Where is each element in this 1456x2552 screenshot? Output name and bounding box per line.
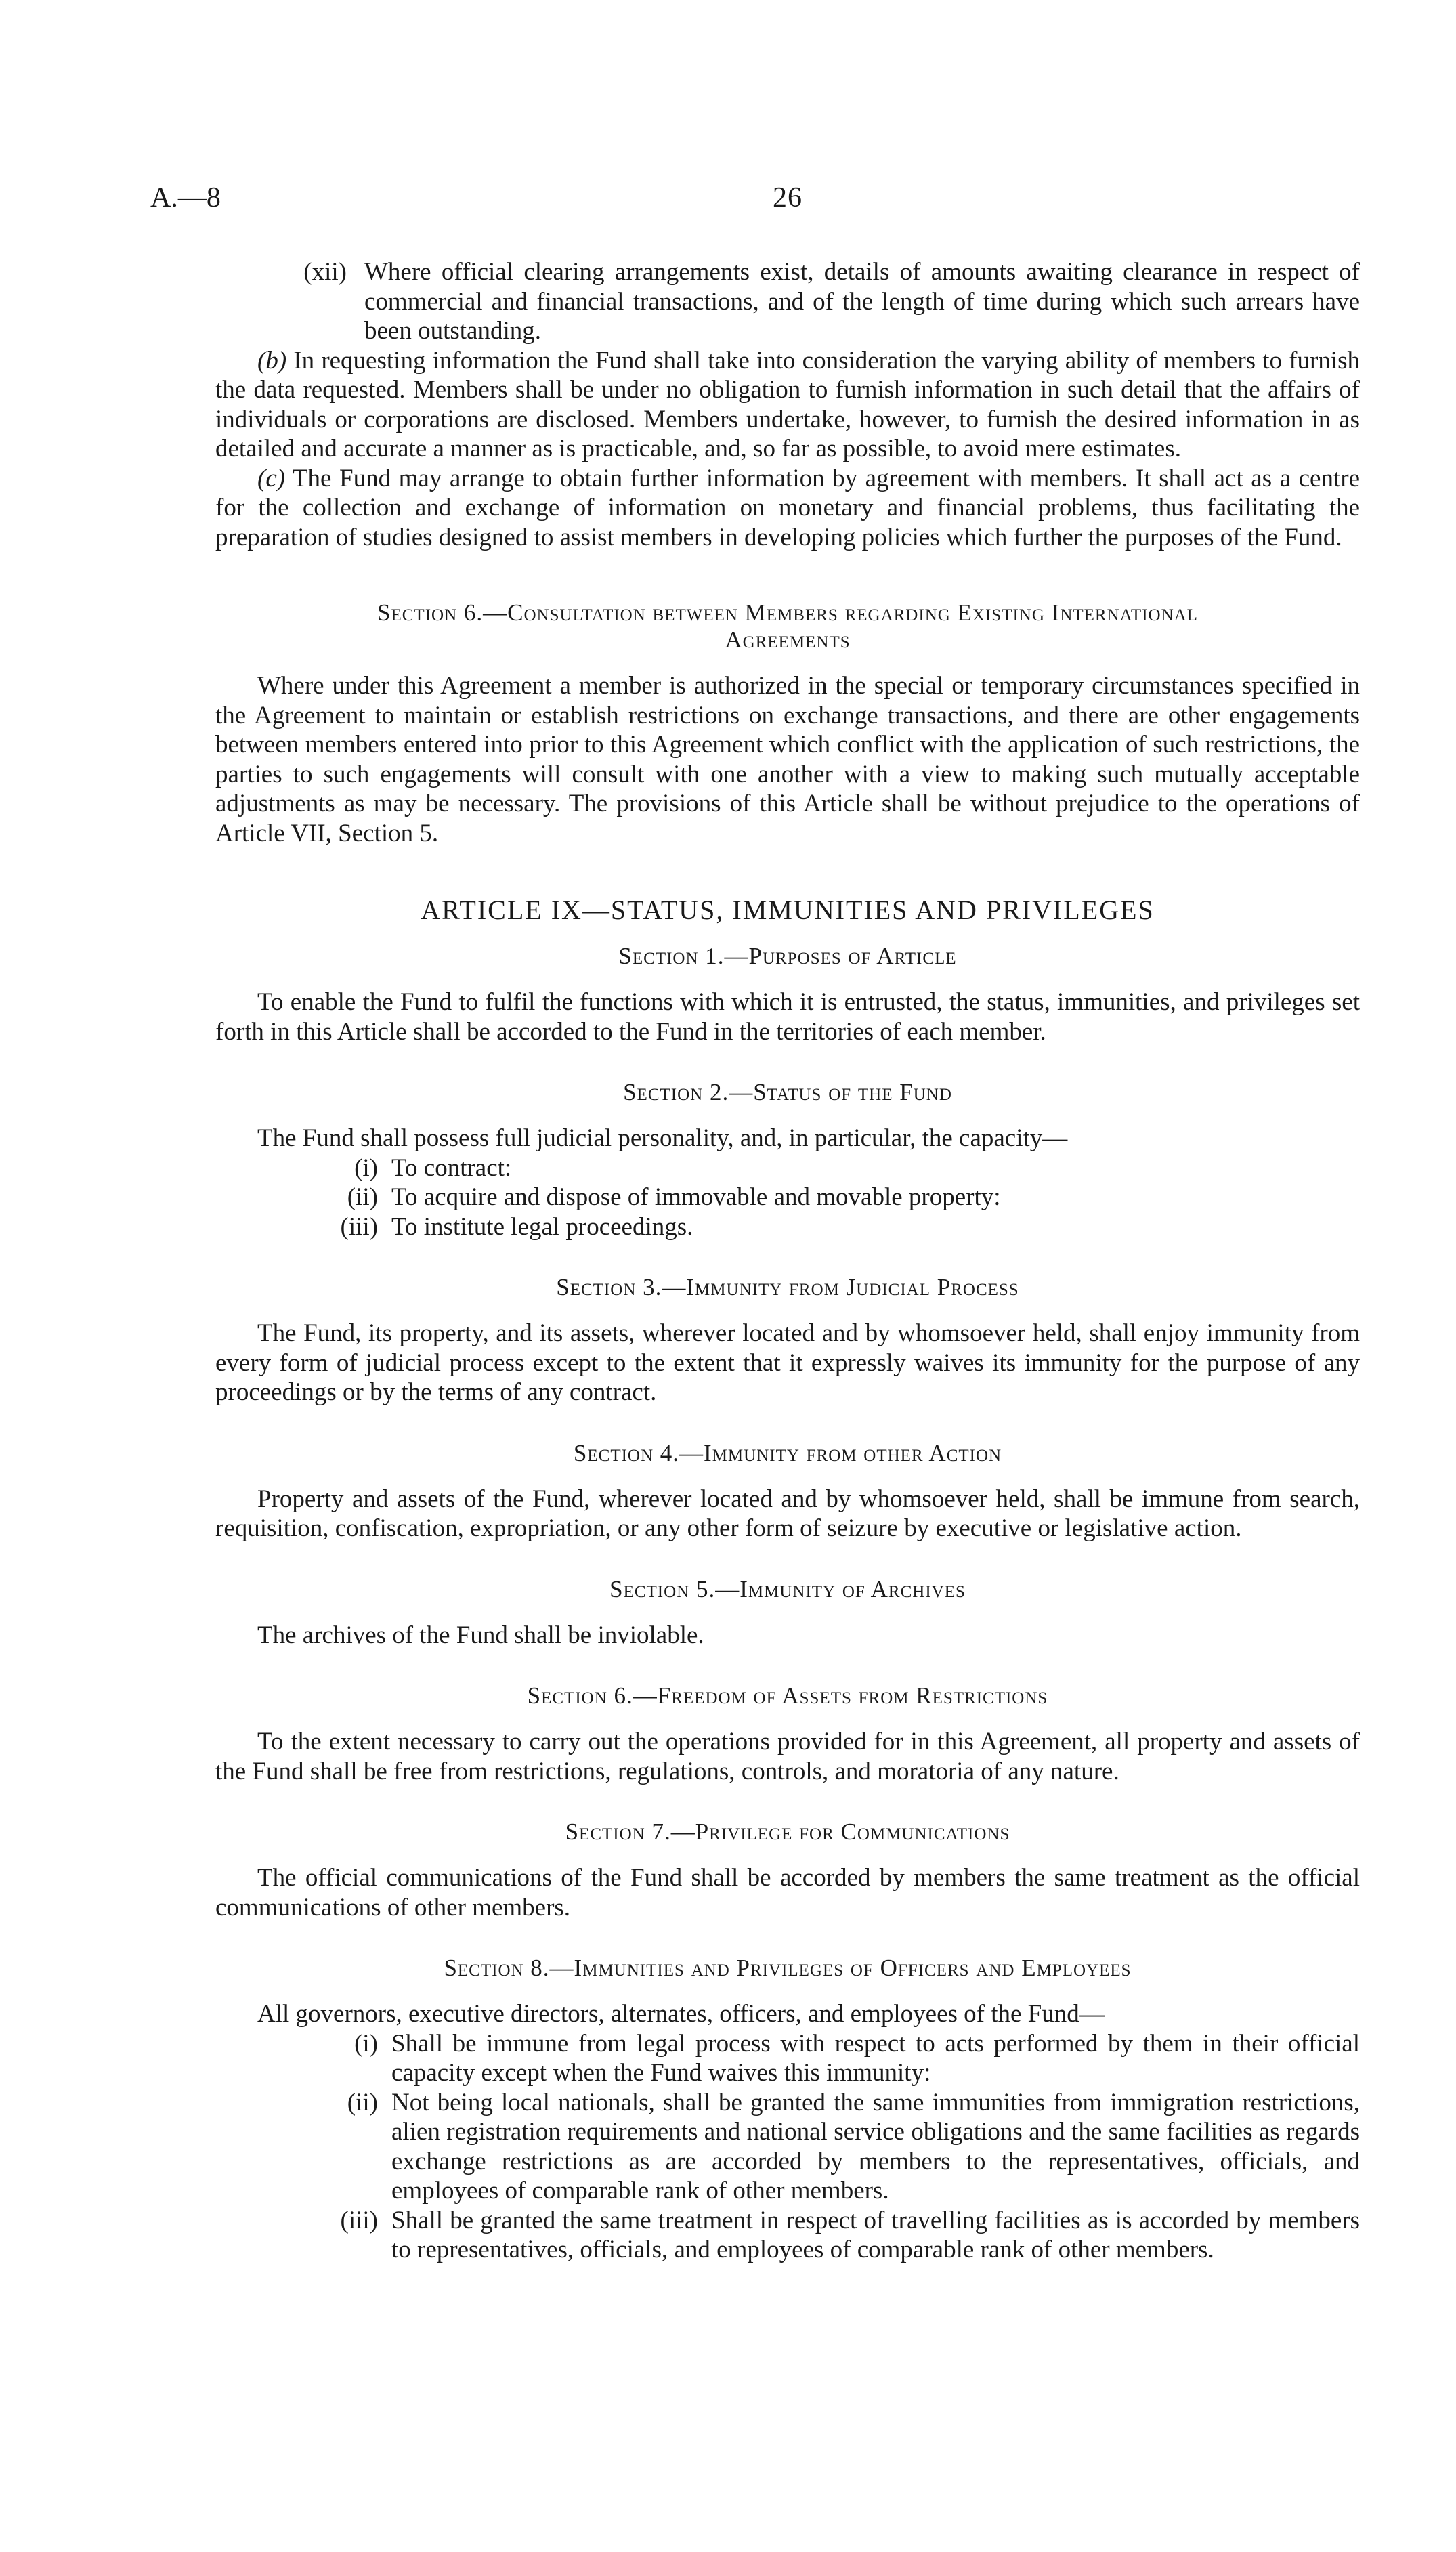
article-title: ARTICLE IX—STATUS, IMMUNITIES AND PRIVIL… xyxy=(215,895,1360,925)
item-number: (ii) xyxy=(256,1183,378,1212)
paragraph-text: In requesting information the Fund shall… xyxy=(215,347,1360,463)
item-number: (i) xyxy=(256,1153,378,1183)
section-heading: Section 7.—Privilege for Communications xyxy=(215,1819,1360,1846)
section-heading: Section 1.—Purposes of Article xyxy=(215,943,1360,970)
page-number: 26 xyxy=(215,182,1360,214)
item-number: (xii) xyxy=(245,257,347,287)
item-text: To acquire and dispose of immovable and … xyxy=(391,1183,1001,1211)
list-item-xii: (xii) Where official clearing arrangemen… xyxy=(215,257,1360,346)
document-reference: A.—8 xyxy=(150,182,221,214)
section-paragraph: The Fund shall possess full judicial per… xyxy=(215,1124,1360,1153)
item-text: Shall be granted the same treatment in r… xyxy=(391,2207,1360,2264)
list-item: (iii) Shall be granted the same treatmen… xyxy=(215,2206,1360,2265)
item-text: To institute legal proceedings. xyxy=(391,1213,693,1241)
paragraph-text: The Fund may arrange to obtain further i… xyxy=(215,465,1360,551)
item-text: Shall be immune from legal process with … xyxy=(391,2030,1360,2087)
list-item: (ii) Not being local nationals, shall be… xyxy=(215,2088,1360,2206)
item-text: Not being local nationals, shall be gran… xyxy=(391,2089,1360,2205)
item-number: (iii) xyxy=(256,2206,378,2236)
section-heading: Section 6.—Freedom of Assets from Restri… xyxy=(215,1682,1360,1709)
section-paragraph: Property and assets of the Fund, whereve… xyxy=(215,1485,1360,1544)
paragraph-label: (c) xyxy=(257,465,285,492)
list-item: (i) To contract: xyxy=(215,1153,1360,1183)
document-body: (xii) Where official clearing arrangemen… xyxy=(215,257,1360,2265)
section-heading: Section 5.—Immunity of Archives xyxy=(215,1576,1360,1603)
section-heading-continued: Agreements xyxy=(215,626,1360,654)
section-paragraph: All governors, executive directors, alte… xyxy=(215,1999,1360,2029)
paragraph-c: (c) The Fund may arrange to obtain furth… xyxy=(215,464,1360,553)
section-paragraph: To enable the Fund to fulfil the functio… xyxy=(215,987,1360,1046)
item-number: (i) xyxy=(256,2029,378,2059)
item-number: (ii) xyxy=(256,2088,378,2118)
item-number: (iii) xyxy=(256,1212,378,1242)
list-item: (i) Shall be immune from legal process w… xyxy=(215,2029,1360,2088)
section-heading: Section 4.—Immunity from other Action xyxy=(215,1440,1360,1467)
section-paragraph: The archives of the Fund shall be inviol… xyxy=(215,1621,1360,1651)
paragraph-label: (b) xyxy=(257,347,286,375)
item-text: To contract: xyxy=(391,1154,511,1182)
section-paragraph: The official communications of the Fund … xyxy=(215,1863,1360,1922)
list-item: (iii) To institute legal proceedings. xyxy=(215,1212,1360,1242)
section-heading: Section 8.—Immunities and Privileges of … xyxy=(215,1955,1360,1982)
section-heading: Section 3.—Immunity from Judicial Proces… xyxy=(215,1274,1360,1301)
section-paragraph: To the extent necessary to carry out the… xyxy=(215,1727,1360,1786)
section-paragraph: The Fund, its property, and its assets, … xyxy=(215,1319,1360,1407)
item-text: Where official clearing arrangements exi… xyxy=(364,258,1360,345)
section-heading: Section 6.—Consultation between Members … xyxy=(215,599,1360,626)
list-item: (ii) To acquire and dispose of immovable… xyxy=(215,1183,1360,1212)
section-heading: Section 2.—Status of the Fund xyxy=(215,1079,1360,1106)
paragraph-b: (b) In requesting information the Fund s… xyxy=(215,346,1360,464)
section-paragraph: Where under this Agreement a member is a… xyxy=(215,671,1360,848)
running-head: A.—8 26 xyxy=(215,182,1360,222)
